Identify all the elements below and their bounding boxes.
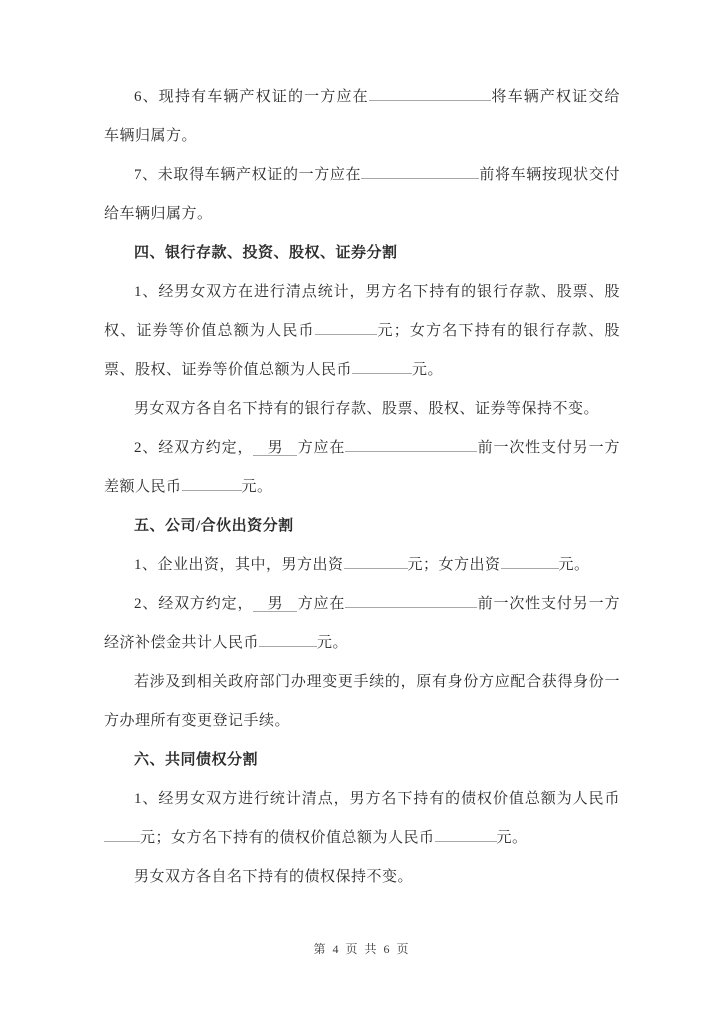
paragraph: 若涉及到相关政府部门办理变更手续的，原有身份方应配合获得身份一方办理所有变更登记… (104, 663, 620, 741)
paragraph: 男女双方各自名下持有的银行存款、股票、股权、证券等保持不变。 (104, 390, 620, 429)
blank-field (315, 319, 377, 335)
text-run: 6、现持有车辆产权证的一方应在 (134, 89, 369, 105)
page-footer: 第 4 页 共 6 页 (0, 940, 724, 957)
paragraph: 2、经双方约定，男方应在前一次性支付另一方差额人民币元。 (104, 429, 620, 507)
paragraph: 6、现持有车辆产权证的一方应在将车辆产权证交给车辆归属方。 (104, 78, 620, 156)
paragraph: 1、企业出资，其中，男方出资元；女方出资元。 (104, 546, 620, 585)
paragraph: 1、经男女双方在进行清点统计，男方名下持有的银行存款、股票、股权、证券等价值总额… (104, 273, 620, 390)
text-run: 7、未取得车辆产权证的一方应在 (134, 167, 361, 183)
text-run: 元。 (242, 479, 273, 495)
text-run: 1、企业出资，其中，男方出资 (134, 557, 344, 573)
text-run: 元。 (559, 557, 590, 573)
blank-field (182, 475, 242, 491)
text-run: 若涉及到相关政府部门办理变更手续的，原有身份方应配合获得身份一方办理所有变更登记… (104, 674, 620, 729)
text-run: 元。 (497, 830, 528, 846)
text-run: 元。 (317, 635, 348, 651)
paragraph: 男女双方各自名下持有的债权保持不变。 (104, 858, 620, 897)
text-run: 元；女方名下持有的债权价值总额为人民币 (140, 830, 435, 846)
text-run: 方应在 (297, 596, 345, 612)
blank-field (352, 358, 412, 374)
text-run: 方应在 (297, 440, 345, 456)
text-run: 2、经双方约定， (134, 440, 253, 456)
text-run: 六、共同债权分割 (134, 752, 258, 768)
blank-field (259, 631, 317, 647)
section-heading: 六、共同债权分割 (104, 741, 620, 780)
text-run: 四、银行存款、投资、股权、证券分割 (134, 245, 398, 261)
paragraph: 1、经男女双方进行统计清点，男方名下持有的债权价值总额为人民币元；女方名下持有的… (104, 780, 620, 858)
blank-field (344, 553, 408, 569)
page-number-label: 第 4 页 共 6 页 (313, 942, 410, 956)
text-run: 男女双方各自名下持有的银行存款、股票、股权、证券等保持不变。 (134, 401, 599, 417)
paragraph: 7、未取得车辆产权证的一方应在前将车辆按现状交付给车辆归属方。 (104, 156, 620, 234)
text-run: 1、经男女双方进行统计清点，男方名下持有的债权价值总额为人民币 (134, 791, 620, 807)
blank-field (435, 826, 497, 842)
blank-field (361, 163, 479, 179)
blank-field: 男 (253, 440, 297, 456)
text-run: 男女双方各自名下持有的债权保持不变。 (134, 869, 413, 885)
document-page: 6、现持有车辆产权证的一方应在将车辆产权证交给车辆归属方。7、未取得车辆产权证的… (0, 0, 724, 1024)
text-run: 元。 (412, 362, 443, 378)
document-content: 6、现持有车辆产权证的一方应在将车辆产权证交给车辆归属方。7、未取得车辆产权证的… (104, 78, 620, 897)
blank-field (501, 553, 559, 569)
text-run: 元；女方出资 (408, 557, 501, 573)
section-heading: 四、银行存款、投资、股权、证券分割 (104, 234, 620, 273)
blank-field (345, 592, 477, 608)
section-heading: 五、公司/合伙出资分割 (104, 507, 620, 546)
blank-field (104, 826, 140, 842)
text-run: 2、经双方约定， (134, 596, 253, 612)
blank-field (369, 85, 491, 101)
text-run: 五、公司/合伙出资分割 (134, 518, 294, 534)
paragraph: 2、经双方约定，男方应在前一次性支付另一方经济补偿金共计人民币元。 (104, 585, 620, 663)
blank-field: 男 (253, 596, 297, 612)
blank-field (345, 436, 477, 452)
